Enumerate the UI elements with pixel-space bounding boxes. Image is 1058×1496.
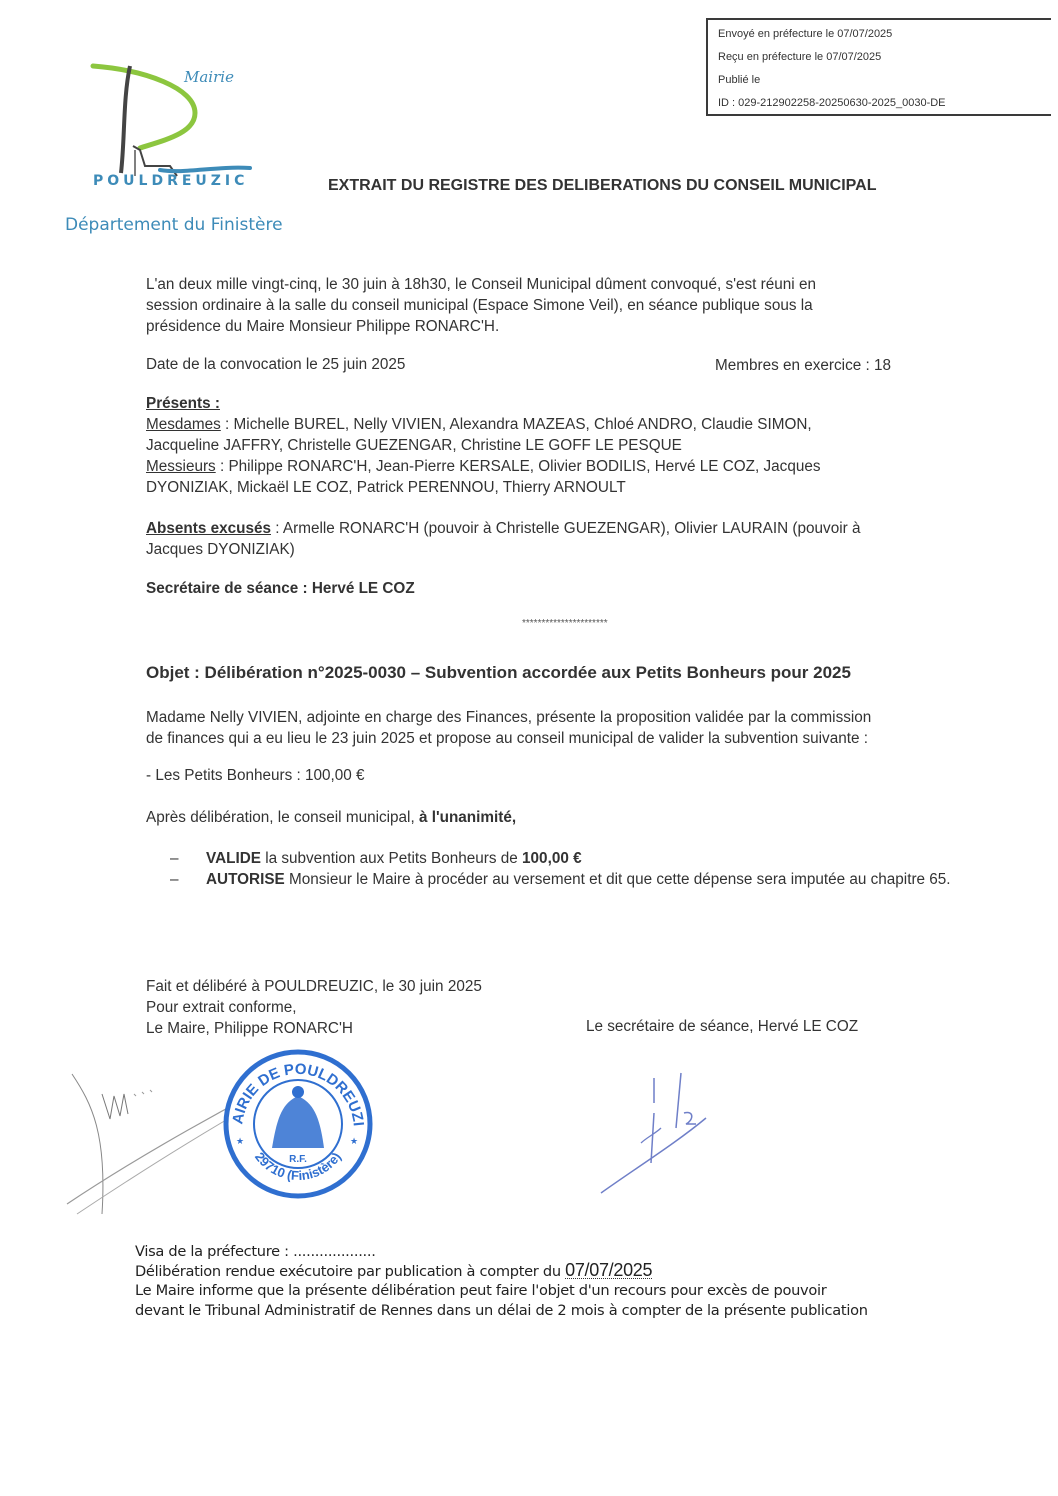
maire-line: Le Maire, Philippe RONARC'H: [146, 1018, 482, 1039]
body-line: Madame Nelly VIVIEN, adjointe en charge …: [146, 707, 1006, 728]
decision-list: –VALIDE la subvention aux Petits Bonheur…: [170, 848, 1000, 890]
bullet-dash: –: [170, 869, 179, 890]
decision-verb: AUTORISE: [206, 871, 285, 888]
decision-prefix: Après délibération, le conseil municipal…: [146, 809, 419, 826]
members-count: Membres en exercice : 18: [715, 355, 891, 376]
decision-text: Monsieur le Maire à procéder au versemen…: [285, 871, 951, 888]
logo-mairie-text: Mairie: [184, 68, 234, 86]
messieurs-label: Messieurs: [146, 458, 216, 475]
executoire-date: 07/07/2025: [565, 1262, 652, 1279]
body-paragraph: Madame Nelly VIVIEN, adjointe en charge …: [146, 707, 1006, 749]
decision-line: Après délibération, le conseil municipal…: [146, 807, 516, 828]
absents-section: Absents excusés : Armelle RONARC'H (pouv…: [146, 518, 976, 560]
mesdames-names-continued: Jacqueline JAFFRY, Christelle GUEZENGAR,…: [146, 435, 976, 456]
messieurs-names-continued: DYONIZIAK, Mickaël LE COZ, Patrick PEREN…: [146, 477, 976, 498]
secretary-signature-label: Le secrétaire de séance, Hervé LE COZ: [586, 1018, 858, 1036]
convocation-date: Date de la convocation le 25 juin 2025: [146, 354, 405, 375]
department-name: Département du Finistère: [65, 215, 283, 235]
svg-text:R.F.: R.F.: [289, 1154, 307, 1165]
logo-town-name: POULDREUZIC: [93, 173, 248, 189]
body-line: de finances qui a eu lieu le 23 juin 202…: [146, 728, 1006, 749]
visa-block: Visa de la préfecture : ................…: [135, 1242, 868, 1320]
prefecture-published-date: Publié le: [718, 74, 760, 86]
decision-unanimity: à l'unanimité,: [419, 809, 516, 826]
messieurs-line: Messieurs : Philippe RONARC'H, Jean-Pier…: [146, 456, 976, 477]
absents-label: Absents excusés: [146, 520, 271, 537]
decision-item: –VALIDE la subvention aux Petits Bonheur…: [170, 848, 1000, 869]
mesdames-line: Mesdames : Michelle BUREL, Nelly VIVIEN,…: [146, 414, 976, 435]
absents-names: : Armelle RONARC'H (pouvoir à Christelle…: [271, 520, 860, 537]
fait-line: Fait et délibéré à POULDREUZIC, le 30 ju…: [146, 976, 482, 997]
messieurs-names: : Philippe RONARC'H, Jean-Pierre KERSALE…: [216, 458, 821, 475]
svg-text:★: ★: [236, 1136, 244, 1146]
secretary-signature-icon: [596, 1068, 716, 1208]
signature-block: Fait et délibéré à POULDREUZIC, le 30 ju…: [146, 976, 482, 1039]
document-title: EXTRAIT DU REGISTRE DES DELIBERATIONS DU…: [328, 177, 876, 195]
svg-text:★: ★: [350, 1136, 358, 1146]
intro-line: session ordinaire à la salle du conseil …: [146, 295, 976, 316]
recours-line: Le Maire informe que la présente délibér…: [135, 1281, 868, 1301]
mesdames-label: Mesdames: [146, 416, 221, 433]
decision-text: la subvention aux Petits Bonheurs de: [261, 850, 522, 867]
prefecture-sent-date: Envoyé en préfecture le 07/07/2025: [718, 28, 892, 40]
decision-amount: 100,00 €: [522, 850, 582, 867]
prefecture-stamp-box: Envoyé en préfecture le 07/07/2025 Reçu …: [706, 18, 1051, 116]
decision-verb: VALIDE: [206, 850, 261, 867]
executoire-line: Délibération rendue exécutoire par publi…: [135, 1262, 868, 1282]
prefecture-received-date: Reçu en préfecture le 07/07/2025: [718, 51, 881, 63]
presents-heading: Présents :: [146, 393, 976, 414]
intro-paragraph: L'an deux mille vingt-cinq, le 30 juin à…: [146, 274, 976, 337]
secretary-line: Secrétaire de séance : Hervé LE COZ: [146, 578, 415, 599]
separator-stars: **********************: [522, 618, 608, 629]
recours-line-continued: devant le Tribunal Administratif de Renn…: [135, 1301, 868, 1321]
bullet-dash: –: [170, 848, 179, 869]
intro-line: L'an deux mille vingt-cinq, le 30 juin à…: [146, 274, 976, 295]
mairie-seal-icon: MAIRIE DE POULDREUZIC 29710 (Finistère) …: [222, 1048, 374, 1200]
absents-names-continued: Jacques DYONIZIAK): [146, 539, 976, 560]
deliberation-subject: Objet : Délibération n°2025-0030 – Subve…: [146, 663, 851, 683]
decision-item: –AUTORISE Monsieur le Maire à procéder a…: [170, 869, 1001, 890]
visa-prefecture-line: Visa de la préfecture : ................…: [135, 1242, 868, 1262]
subsidy-item: - Les Petits Bonheurs : 100,00 €: [146, 765, 365, 786]
mesdames-names: : Michelle BUREL, Nelly VIVIEN, Alexandr…: [221, 416, 812, 433]
extrait-line: Pour extrait conforme,: [146, 997, 482, 1018]
executoire-prefix: Délibération rendue exécutoire par publi…: [135, 1263, 565, 1280]
intro-line: présidence du Maire Monsieur Philippe RO…: [146, 316, 976, 337]
prefecture-id: ID : 029-212902258-20250630-2025_0030-DE: [718, 97, 946, 109]
presents-section: Présents : Mesdames : Michelle BUREL, Ne…: [146, 393, 976, 498]
